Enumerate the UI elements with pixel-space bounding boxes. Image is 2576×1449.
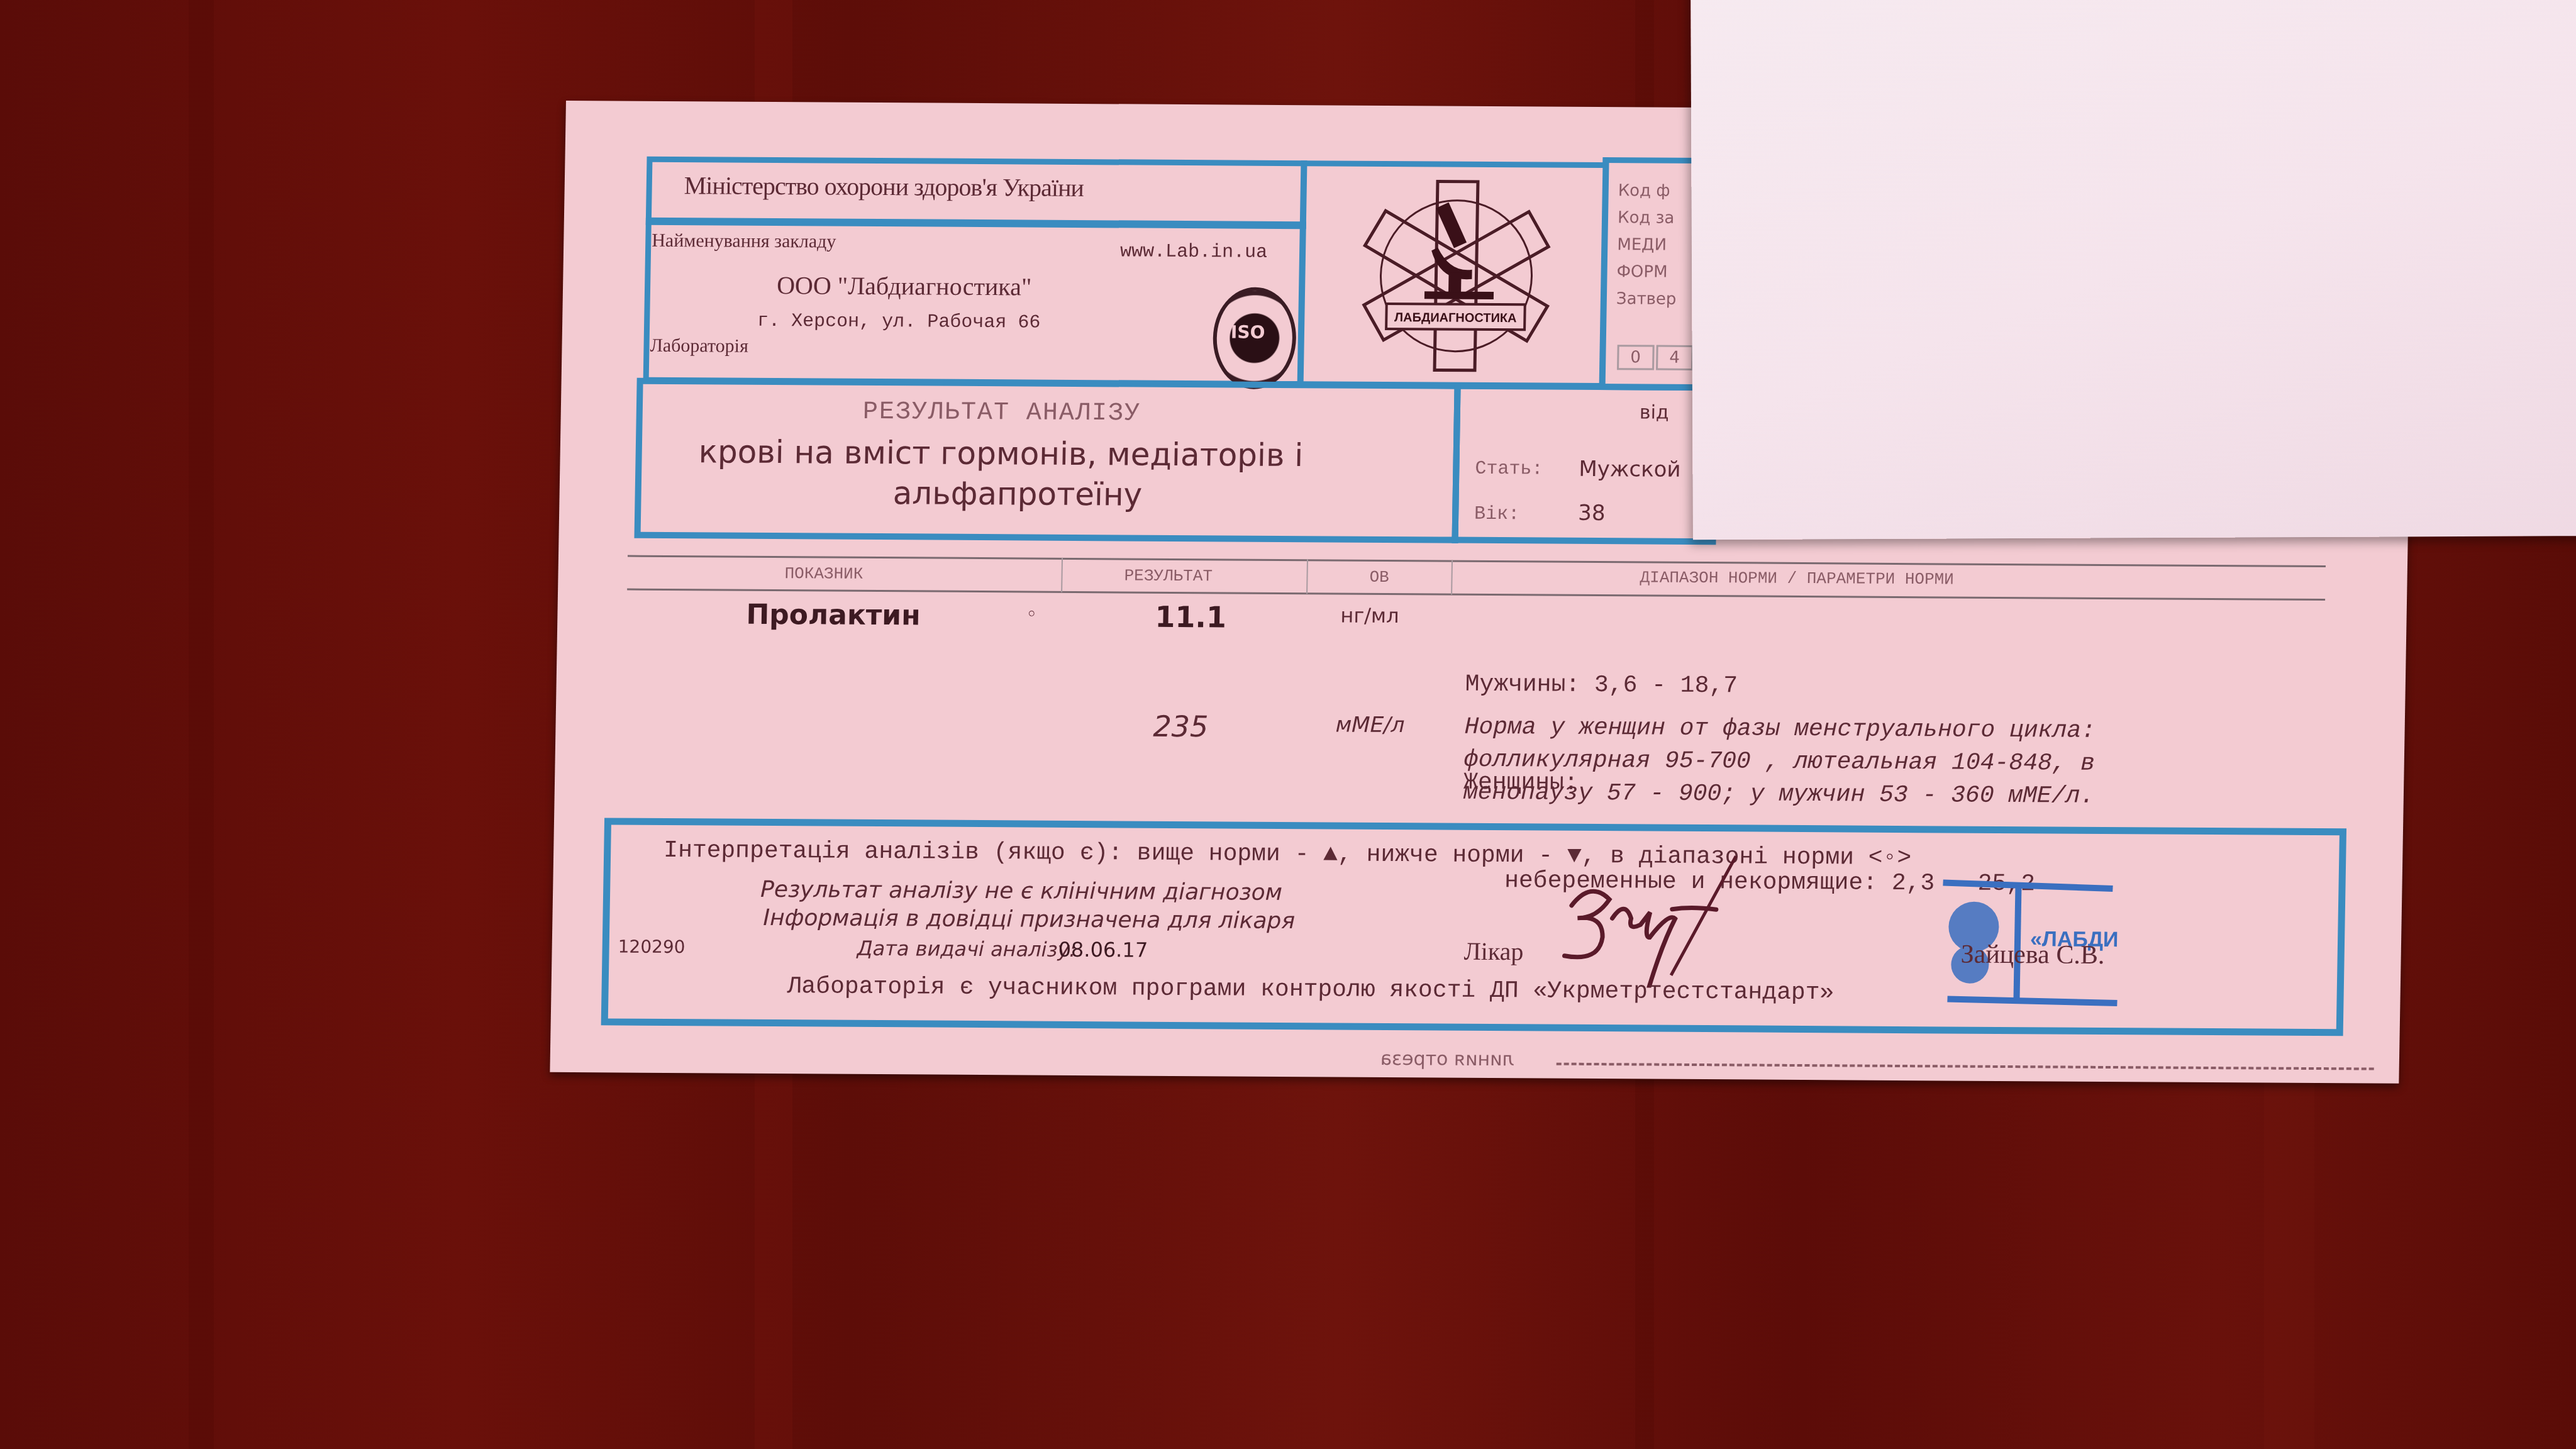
issue-date-label: Дата видачі аналізу: [857,936,1076,962]
wood-grain [189,0,214,1449]
table-top-rule [628,555,2326,567]
lab-label: Лабораторія [650,335,748,357]
code-line: Код ф [1618,177,1678,205]
header-indicator: ПОКАЗНИК [784,564,863,584]
unit: нг/мл [1340,604,1399,628]
header-norm-range: ДІАПАЗОН НОРМИ / ПАРАМЕТРИ НОРМИ [1640,568,1954,589]
doctor-label: Лікар [1463,936,1524,967]
norm-line: Мужчины: 3,6 - 18,7 [1465,669,2038,705]
institution-label: Найменування закладу [652,230,836,253]
unit: мМЕ/л [1335,712,1404,738]
code-cell: 0 [1617,345,1654,370]
sex-value: Мужской [1579,457,1681,482]
document-number: 120290 [618,936,685,958]
code-line: МЕДИ [1617,231,1677,259]
cut-line [1557,1063,2374,1070]
cut-line-label: линия отреза [1380,1048,1515,1070]
age-value: 38 [1578,501,1606,526]
code-line: Код за [1618,204,1678,232]
age-label: Вік: [1474,504,1520,525]
website: www.Lab.in.ua [1120,241,1268,263]
disclaimer-line-2: Інформація в довідці призначена для ліка… [763,905,1295,934]
in-range-flag-icon: ◦ [1026,603,1037,625]
codes-list: Код ф Код за МЕДИ ФОРМ Затвер [1616,177,1679,313]
header-result: РЕЗУЛЬТАТ [1124,566,1213,586]
iso-stamp-text: ISO [1231,321,1265,342]
from-label: від [1640,401,1669,423]
star-of-life-microscope-logo-icon: ЛАБДИАГНОСТИКА [1360,178,1552,374]
header-unit: ОВ [1369,568,1389,587]
result-title: РЕЗУЛЬТАТ АНАЛІЗУ [862,398,1141,428]
col-divider [1451,560,1453,595]
indicator-name: Пролактин [746,599,921,632]
sex-label: Стать: [1475,458,1543,480]
norm-line: менопаузу 57 - 900; у мужчин 53 - 360 мМ… [1463,777,2094,813]
doctor-signature-icon [1545,849,1762,989]
result-subtitle-2: альфапротеїну [892,475,1143,513]
result-subtitle-1: крові на вміст гормонів, медіаторів і [698,433,1303,474]
ministry-name: Міністерство охорони здоров'я України [684,170,1084,203]
result-value: 235 [1153,709,1209,744]
norm-line: фолликулярная 95-700 , лютеальная 104-84… [1463,744,2095,780]
code-line: ФОРМ [1616,258,1677,286]
overlapping-white-sheet [1690,0,2576,540]
col-divider [1061,558,1063,592]
result-value: 11.1 [1155,600,1226,635]
doctor-name: Зайцева С.В. [1960,940,2105,970]
code-line: Затвер [1616,286,1677,313]
norm-line: Норма у женщин от фазы менструального ци… [1464,711,2096,748]
issue-date: 08.06.17 [1058,938,1148,962]
col-divider [1306,559,1308,594]
disclaimer-line-1: Результат аналізу не є клінічним діагноз… [760,877,1282,906]
company-address: г. Херсон, ул. Рабочая 66 [757,311,1041,334]
norm-range: Норма у женщин от фазы менструального ци… [1463,711,2096,813]
company-name: ООО "Лабдиагностика" [777,270,1032,301]
svg-text:ЛАБДИАГНОСТИКА: ЛАБДИАГНОСТИКА [1394,311,1517,325]
code-cell: 4 [1656,345,1693,370]
